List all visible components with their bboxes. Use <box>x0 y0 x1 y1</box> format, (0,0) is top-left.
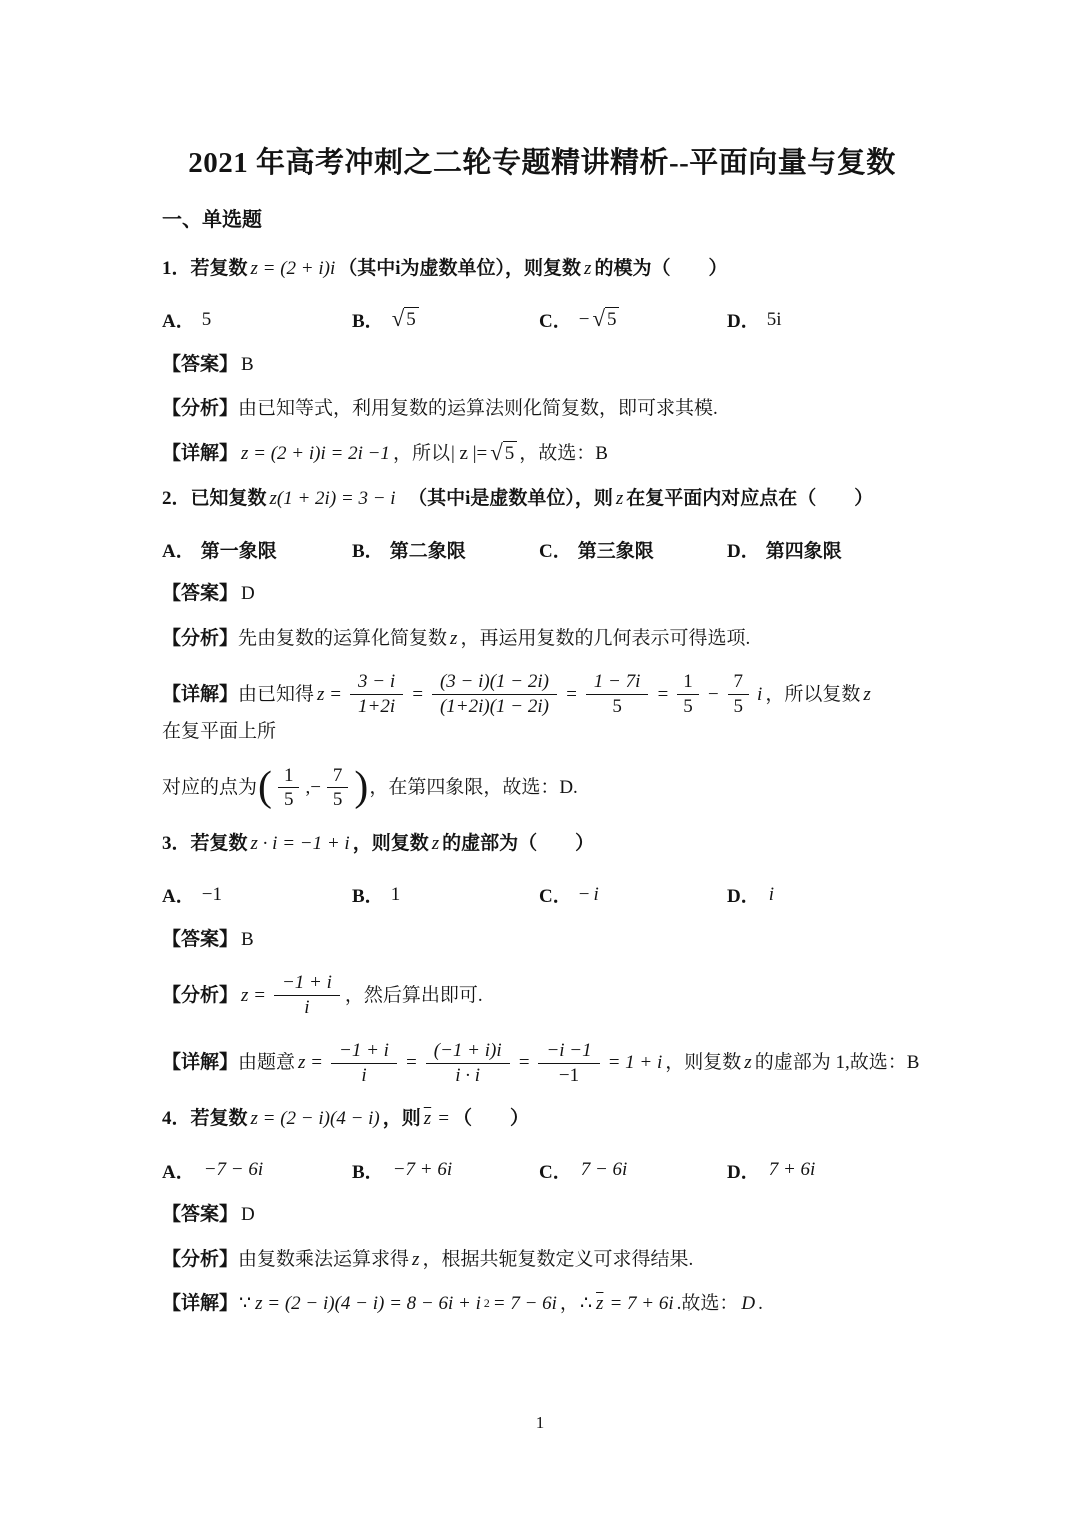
question-2-option-c: C． 第三象限 <box>539 534 727 564</box>
question-4-answer-line: 【答案】 D <box>162 1202 922 1228</box>
answer-value: D <box>241 1202 255 1228</box>
option-label: A． <box>162 1157 195 1184</box>
question-2-detail-line: 【详解】由已知得z =3 − i1+2i=(3 − i)(1 − 2i)(1+2… <box>162 670 922 744</box>
option-content: 第三象限 <box>578 536 654 563</box>
option-label: A． <box>162 536 195 563</box>
page-title: 2021 年高考冲刺之二轮专题精讲精析--平面向量与复数 <box>162 140 922 181</box>
option-label: A． <box>162 306 195 333</box>
question-1-stem: 1．若复数z = (2 + i)i（其中i为虚数单位），则复数z的模为（ ） <box>162 256 922 282</box>
question-4-stem: 4．若复数z = (2 − i)(4 − i)，则z=（ ） <box>162 1106 922 1132</box>
option-content: 第四象限 <box>766 536 842 563</box>
question-2-answer-line: 【答案】 D <box>162 581 922 607</box>
question-4-option-d: D． 7 + 6i <box>727 1155 922 1185</box>
option-content: 7 − 6i <box>578 1159 631 1181</box>
option-label: B． <box>352 1157 384 1184</box>
option-label: D． <box>727 1157 760 1184</box>
option-content: 第二象限 <box>390 536 466 563</box>
document-page: 2021 年高考冲刺之二轮专题精讲精析--平面向量与复数 一、单选题 1．若复数… <box>0 0 1080 1527</box>
option-content: −1 <box>201 884 223 906</box>
question-3-option-a: A． −1 <box>162 880 352 910</box>
question-2-options-row: A． 第一象限 B． 第二象限 C． 第三象限 D． 第四象限 <box>162 534 922 564</box>
option-content: 5 <box>201 309 213 331</box>
question-4-options-row: A． −7 − 6i B． −7 + 6i C． 7 − 6i D． 7 + 6… <box>162 1155 922 1185</box>
answer-label: 【答案】 <box>162 927 238 953</box>
question-4-option-c: C． 7 − 6i <box>539 1155 727 1185</box>
question-3-detail-line: 【详解】由题意z =−1 + ii=(−1 + i)ii · i=−i −1−1… <box>162 1039 922 1088</box>
option-label: D． <box>727 881 760 908</box>
question-1-analysis-line: 【分析】由已知等式，利用复数的运算法则化简复数，即可求其模. <box>162 396 922 422</box>
question-2-option-a: A． 第一象限 <box>162 534 352 564</box>
option-content: −i <box>578 884 602 906</box>
answer-label: 【答案】 <box>162 581 238 607</box>
option-label: C． <box>539 1157 572 1184</box>
answer-label: 【答案】 <box>162 352 238 378</box>
section-heading: 一、单选题 <box>162 203 922 232</box>
question-2-detail-line-2: 对应的点为(15,−75)，在第四象限，故选：D. <box>162 764 922 813</box>
question-2: 2．已知复数z(1 + 2i) = 3 − i （其中i是虚数单位），则z在复平… <box>162 486 922 813</box>
question-1-option-b: B． √5 <box>352 305 539 335</box>
option-content: 7 + 6i <box>766 1159 819 1181</box>
option-content: −√5 <box>578 307 622 332</box>
question-3-option-c: C． −i <box>539 880 727 910</box>
option-label: C． <box>539 536 572 563</box>
question-3: 3．若复数z · i = −1 + i，则复数z的虚部为（ ） A． −1 B．… <box>162 831 922 1087</box>
question-3-option-d: D． i <box>727 880 922 910</box>
question-4: 4．若复数z = (2 − i)(4 − i)，则z=（ ） A． −7 − 6… <box>162 1106 922 1317</box>
question-3-answer-line: 【答案】 B <box>162 927 922 953</box>
question-4-option-b: B． −7 + 6i <box>352 1155 539 1185</box>
option-label: D． <box>727 306 760 333</box>
option-label: D． <box>727 536 760 563</box>
question-4-option-a: A． −7 − 6i <box>162 1155 352 1185</box>
question-2-analysis-line: 【分析】先由复数的运算化简复数z，再运用复数的几何表示可得选项. <box>162 626 922 652</box>
option-label: A． <box>162 881 195 908</box>
option-content: i <box>766 884 777 906</box>
option-label: B． <box>352 536 384 563</box>
answer-value: B <box>241 352 254 378</box>
option-label: B． <box>352 881 384 908</box>
question-4-detail-line: 【详解】∵z = (2 − i)(4 − i) = 8 − 6i + i2= 7… <box>162 1291 922 1317</box>
option-content: √5 <box>390 307 421 332</box>
question-3-analysis-line: 【分析】z =−1 + ii，然后算出即可. <box>162 971 922 1020</box>
page-number: 1 <box>0 1413 1080 1433</box>
question-2-option-d: D． 第四象限 <box>727 534 922 564</box>
option-label: C． <box>539 881 572 908</box>
question-1-answer-line: 【答案】 B <box>162 352 922 378</box>
option-content: −7 − 6i <box>201 1159 266 1181</box>
question-4-analysis-line: 【分析】由复数乘法运算求得z，根据共轭复数定义可求得结果. <box>162 1247 922 1273</box>
option-content: 5i <box>766 309 783 331</box>
question-3-stem: 3．若复数z · i = −1 + i，则复数z的虚部为（ ） <box>162 831 922 857</box>
option-label: C． <box>539 306 572 333</box>
answer-value: D <box>241 581 255 607</box>
question-3-options-row: A． −1 B． 1 C． −i D． i <box>162 880 922 910</box>
option-content: −7 + 6i <box>390 1159 455 1181</box>
answer-value: B <box>241 927 254 953</box>
question-1-detail-line: 【详解】z = (2 + i)i = 2i −1，所以| z |=√5，故选：B <box>162 441 922 467</box>
question-1-options-row: A． 5 B． √5 C． −√5 D． 5i <box>162 305 922 335</box>
question-2-option-b: B． 第二象限 <box>352 534 539 564</box>
question-2-stem: 2．已知复数z(1 + 2i) = 3 − i （其中i是虚数单位），则z在复平… <box>162 486 922 512</box>
option-content: 1 <box>390 884 402 906</box>
question-1-option-d: D． 5i <box>727 305 922 335</box>
answer-label: 【答案】 <box>162 1202 238 1228</box>
question-1: 1．若复数z = (2 + i)i（其中i为虚数单位），则复数z的模为（ ） A… <box>162 256 922 467</box>
option-label: B． <box>352 306 384 333</box>
question-1-option-c: C． −√5 <box>539 305 727 335</box>
option-content: 第一象限 <box>201 536 277 563</box>
question-3-option-b: B． 1 <box>352 880 539 910</box>
question-1-option-a: A． 5 <box>162 305 352 335</box>
